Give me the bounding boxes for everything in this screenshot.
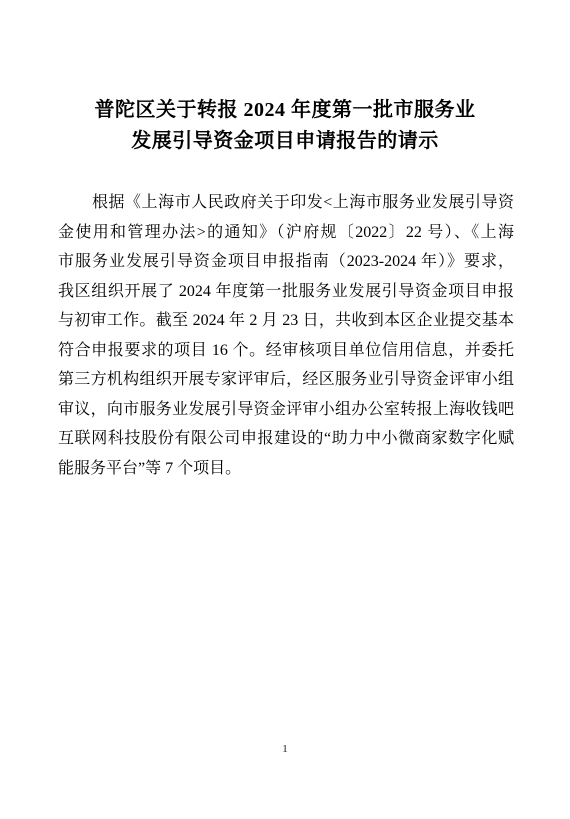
- document-page: 普陀区关于转报 2024 年度第一批市服务业 发展引导资金项目申请报告的请示 根…: [0, 0, 570, 819]
- body-line: 第三方机构组织开展专家评审后，经区服务业引导资金评审小组: [58, 365, 514, 395]
- body-line: 根据《上海市人民政府关于印发<上海市服务业发展引导资: [58, 188, 514, 218]
- body-line: 市服务业发展引导资金项目申报指南（2023-2024 年）》要求，: [58, 247, 514, 277]
- body-line: 与初审工作。截至 2024 年 2 月 23 日，共收到本区企业提交基本: [58, 306, 514, 336]
- body-line: 符合申报要求的项目 16 个。经审核项目单位信用信息，并委托: [58, 336, 514, 366]
- body-line: 我区组织开展了 2024 年度第一批服务业发展引导资金项目申报: [58, 277, 514, 307]
- page-number: 1: [0, 743, 570, 756]
- body-line: 能服务平台”等 7 个项目。: [58, 454, 514, 484]
- body-line: 金使用和管理办法>的通知》（沪府规〔2022〕22 号）、《上海: [58, 218, 514, 248]
- document-body: 根据《上海市人民政府关于印发<上海市服务业发展引导资 金使用和管理办法>的通知》…: [58, 188, 514, 483]
- body-line: 互联网科技股份有限公司申报建设的“助力中小微商家数字化赋: [58, 424, 514, 454]
- document-title: 普陀区关于转报 2024 年度第一批市服务业 发展引导资金项目申请报告的请示: [0, 95, 570, 157]
- document-title-line-1: 普陀区关于转报 2024 年度第一批市服务业: [0, 95, 570, 126]
- document-title-line-2: 发展引导资金项目申请报告的请示: [0, 126, 570, 157]
- body-line: 审议，向市服务业发展引导资金评审小组办公室转报上海收钱吧: [58, 395, 514, 425]
